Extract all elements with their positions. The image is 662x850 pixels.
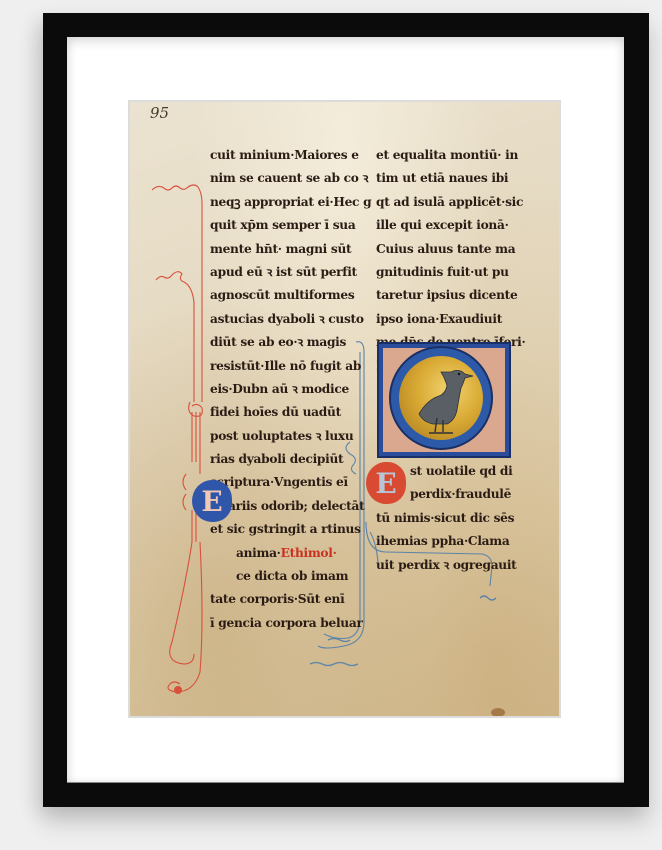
text-line: ipso iona·Exaudiuit <box>376 308 526 331</box>
manuscript-artwork: 95 <box>128 100 561 718</box>
text-line: et equalita montiū· in <box>376 144 526 167</box>
text-line: quit xp̄m semper ī sua <box>210 214 360 237</box>
folio-number: 95 <box>150 104 169 122</box>
text-line: gnitudinis fuit·ut pu <box>376 261 526 284</box>
rubric-ethimol: Ethimol· <box>281 546 337 560</box>
text-line: uit perdix ꝛ ogregauit <box>376 554 517 577</box>
text-line: anima·Ethimol· <box>210 542 360 565</box>
illumination-gold-leaf <box>399 356 483 440</box>
text-line: resistūt·Ille nō fugit ab <box>210 355 360 378</box>
text-line: eis·Dubn aū ꝛ modice <box>210 378 360 401</box>
text-line: post uoluptates ꝛ luxu <box>210 425 360 448</box>
illumination-blue-ring <box>389 346 493 450</box>
partridge-bird-icon <box>415 366 475 438</box>
left-text-column: cuit minium·Maiores e nim se cauent se a… <box>210 144 360 635</box>
red-flourish-knot-icon <box>174 686 182 694</box>
text-line: rias dyaboli decipiūt <box>210 448 360 471</box>
text-line: tū nimis·sicut dic sēs <box>376 507 517 530</box>
text-line: tate corporis·Sūt enī <box>210 588 360 611</box>
text-line: ihemias ppha·Clama <box>376 530 517 553</box>
text-line: et sic gstringit a rtinus <box>210 518 360 541</box>
red-flourish-icon <box>152 185 202 692</box>
parchment-page: 95 <box>130 102 559 716</box>
text-line: diūt se ab eo·ꝛ magis <box>210 331 360 354</box>
text-line: tim ut etiā naues ibi <box>376 167 526 190</box>
text-line: ce dicta ob imam <box>210 565 360 588</box>
decorated-initial-e-red: E <box>366 462 406 504</box>
decorated-initial-e-blue: E <box>192 480 232 522</box>
text-line: neqꝫ appropriat ei·Hec g <box>210 191 360 214</box>
text-line: Cuius aluus tante ma <box>376 238 526 261</box>
blue-flourish-scroll-icon <box>328 639 350 642</box>
illuminated-initial-partridge <box>377 342 511 458</box>
picture-mat: 95 <box>67 37 624 783</box>
parchment-stain <box>491 708 505 716</box>
text-line: taretur ipsius dicente <box>376 284 526 307</box>
blue-flourish-scroll-icon <box>480 596 496 600</box>
text-line: apud eū ꝛ ist sūt perfit <box>210 261 360 284</box>
text-line: astucias dyaboli ꝛ custo <box>210 308 360 331</box>
text-line: cuit minium·Maiores e <box>210 144 360 167</box>
blue-flourish-scroll-icon <box>310 663 358 666</box>
text-line: mente hn̄t· magni sūt <box>210 238 360 261</box>
text-line: nim se cauent se ab co ꝛ <box>210 167 360 190</box>
text-fragment: anima· <box>236 546 281 560</box>
text-line: scriptura·Vngentis eī <box>210 471 360 494</box>
picture-frame: 95 <box>43 13 649 807</box>
text-line: fidei hoīes dū uadūt <box>210 401 360 424</box>
text-line: qt ad isulā applicēt·sic <box>376 191 526 214</box>
text-line: ī gencia corpora beluar <box>210 612 360 635</box>
text-line: ꝛ uariis odorib; delectāt <box>210 495 360 518</box>
text-line: agnoscūt multiformes <box>210 284 360 307</box>
text-line: ille qui excepit ionā· <box>376 214 526 237</box>
